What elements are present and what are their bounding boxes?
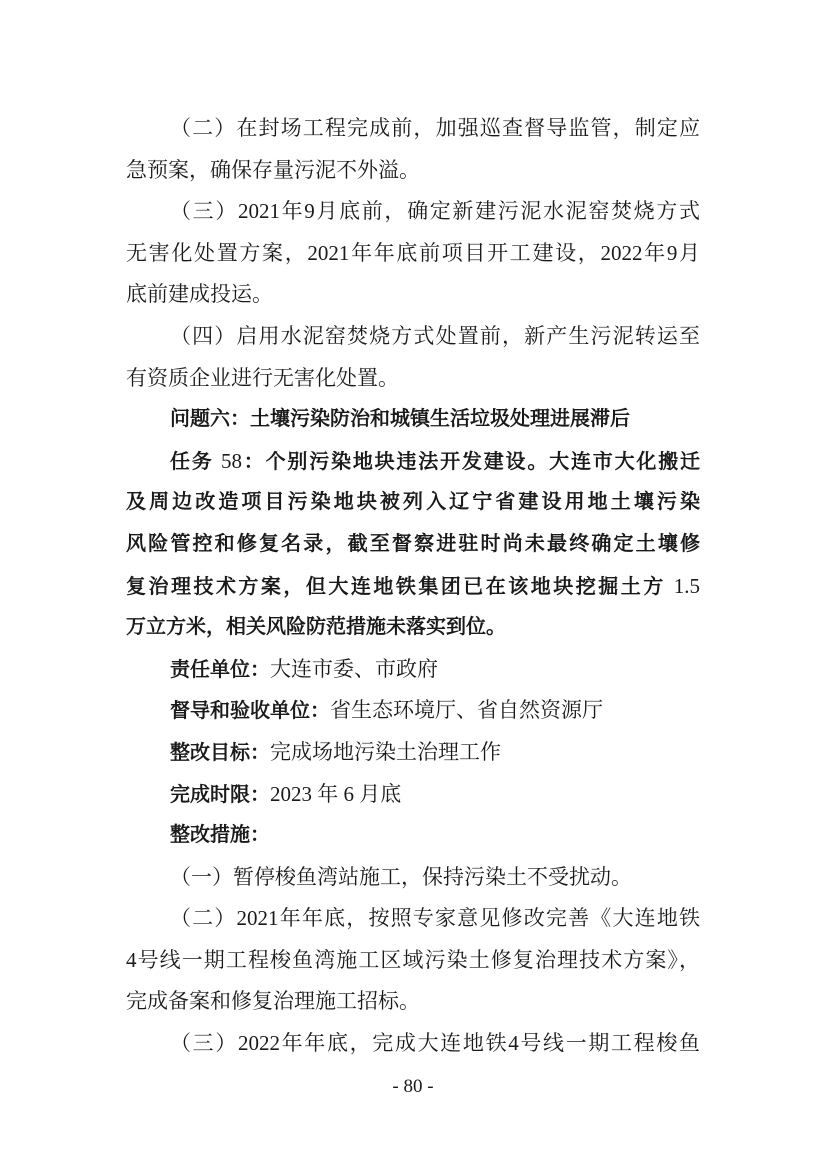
responsible-unit-row: 责任单位：大连市委、市政府 — [126, 649, 700, 691]
task-58-line-4: 复治理技术方案，但大连地铁集团已在该地块挖掘土方 1.5 — [126, 566, 700, 608]
rectification-target-row: 整改目标：完成场地污染土治理工作 — [126, 732, 700, 774]
sludge-measure-4-line-2: 有资质企业进行无害化处置。 — [126, 358, 700, 400]
document-page: （二）在封场工程完成前，加强巡查督导监管，制定应 急预案，确保存量污泥不外溢。 … — [0, 0, 826, 1169]
measure-2-line-3: 完成备案和修复治理施工招标。 — [126, 981, 700, 1023]
sludge-measure-4-line-1: （四）启用水泥窑焚烧方式处置前，新产生污泥转运至 — [126, 316, 700, 358]
supervision-acceptance-unit-row: 督导和验收单位：省生态环境厅、省自然资源厅 — [126, 690, 700, 732]
measure-2-line-2: 4号线一期工程梭鱼湾施工区域污染土修复治理技术方案》， — [126, 940, 700, 982]
responsible-unit-value: 大连市委、市政府 — [270, 657, 438, 681]
measure-3-line-1: （三）2022年年底，完成大连地铁4号线一期工程梭鱼 — [126, 1023, 700, 1065]
task-58-line-5: 万立方米，相关风险防范措施未落实到位。 — [126, 607, 700, 649]
completion-deadline-value: 2023 年 6 月底 — [270, 782, 401, 806]
rectification-target-label: 整改目标： — [170, 742, 270, 764]
task-58-number: 58 — [221, 449, 242, 473]
responsible-unit-label: 责任单位： — [170, 659, 270, 681]
sludge-measure-3-line-1: （三）2021年9月底前，确定新建污泥水泥窑焚烧方式 — [126, 191, 700, 233]
task-58-label: 任务 — [170, 451, 221, 473]
sludge-measure-3-line-3: 底前建成投运。 — [126, 274, 700, 316]
task-58-line-4-text: 复治理技术方案，但大连地铁集团已在该地块挖掘土方 — [126, 576, 674, 598]
measure-2-line-1: （二）2021年年底，按照专家意见修改完善《大连地铁 — [126, 898, 700, 940]
page-number: - 80 - — [0, 1077, 826, 1097]
sludge-measure-2-line-1: （二）在封场工程完成前，加强巡查督导监管，制定应 — [126, 108, 700, 150]
problem-six-heading: 问题六：土壤污染防治和城镇生活垃圾处理进展滞后 — [126, 399, 700, 441]
rectification-target-value: 完成场地污染土治理工作 — [270, 740, 501, 764]
sludge-measure-2-line-2: 急预案，确保存量污泥不外溢。 — [126, 150, 700, 192]
rectification-measures-label: 整改措施： — [126, 815, 700, 857]
task-58-line-1: 任务 58：个别污染地块违法开发建设。大连市大化搬迁 — [126, 441, 700, 483]
supervision-acceptance-unit-value: 省生态环境厅、省自然资源厅 — [330, 698, 603, 722]
completion-deadline-row: 完成时限：2023 年 6 月底 — [126, 774, 700, 816]
measure-1-line-1: （一）暂停梭鱼湾站施工，保持污染土不受扰动。 — [126, 857, 700, 899]
task-58-line-3: 风险管控和修复名录，截至督察进驻时尚未最终确定土壤修 — [126, 524, 700, 566]
task-58-line-1-rest: ：个别污染地块违法开发建设。大连市大化搬迁 — [242, 451, 700, 473]
task-58-volume-number: 1.5 — [674, 574, 700, 598]
supervision-acceptance-unit-label: 督导和验收单位： — [170, 700, 330, 722]
page-body: （二）在封场工程完成前，加强巡查督导监管，制定应 急预案，确保存量污泥不外溢。 … — [126, 108, 700, 1065]
sludge-measure-3-line-2: 无害化处置方案，2021年年底前项目开工建设，2022年9月 — [126, 233, 700, 275]
task-58-line-2: 及周边改造项目污染地块被列入辽宁省建设用地土壤污染 — [126, 482, 700, 524]
completion-deadline-label: 完成时限： — [170, 784, 270, 806]
